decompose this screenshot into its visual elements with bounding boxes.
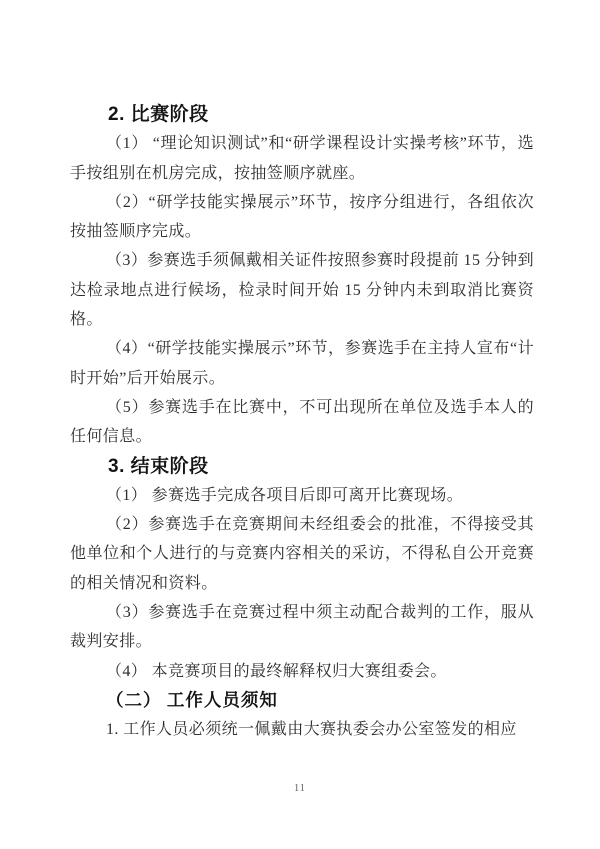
paragraph: （2）“研学技能实操展示”环节，按序分组进行，各组依次按抽签顺序完成。 bbox=[70, 188, 534, 247]
page-number: 11 bbox=[0, 783, 600, 794]
paragraph: 1. 工作人员必须统一佩戴由大赛执委会办公室签发的相应 bbox=[70, 715, 534, 744]
heading-staff-notice: （二） 工作人员须知 bbox=[70, 686, 534, 715]
paragraph: （4）“研学技能实操展示”环节，参赛选手在主持人宣布“计时开始”后开始展示。 bbox=[70, 334, 534, 393]
heading-end-stage: 3. 结束阶段 bbox=[70, 452, 534, 481]
paragraph: （3）参赛选手须佩戴相关证件按照参赛时段提前 15 分钟到达检录地点进行候场，检… bbox=[70, 246, 534, 334]
heading-competition-stage: 2. 比赛阶段 bbox=[70, 100, 534, 129]
document-page: 2. 比赛阶段 （1） “理论知识测试”和“研学课程设计实操考核”环节，选手按组… bbox=[0, 0, 600, 849]
paragraph: （3）参赛选手在竞赛过程中须主动配合裁判的工作，服从裁判安排。 bbox=[70, 598, 534, 657]
paragraph: （5）参赛选手在比赛中，不可出现所在单位及选手本人的任何信息。 bbox=[70, 393, 534, 452]
document-content: 2. 比赛阶段 （1） “理论知识测试”和“研学课程设计实操考核”环节，选手按组… bbox=[70, 100, 534, 745]
paragraph: （1） “理论知识测试”和“研学课程设计实操考核”环节，选手按组别在机房完成，按… bbox=[70, 129, 534, 188]
paragraph: （4） 本竞赛项目的最终解释权归大赛组委会。 bbox=[70, 657, 534, 686]
paragraph: （1） 参赛选手完成各项目后即可离开比赛现场。 bbox=[70, 481, 534, 510]
paragraph: （2）参赛选手在竞赛期间未经组委会的批准，不得接受其他单位和个人进行的与竞赛内容… bbox=[70, 510, 534, 598]
